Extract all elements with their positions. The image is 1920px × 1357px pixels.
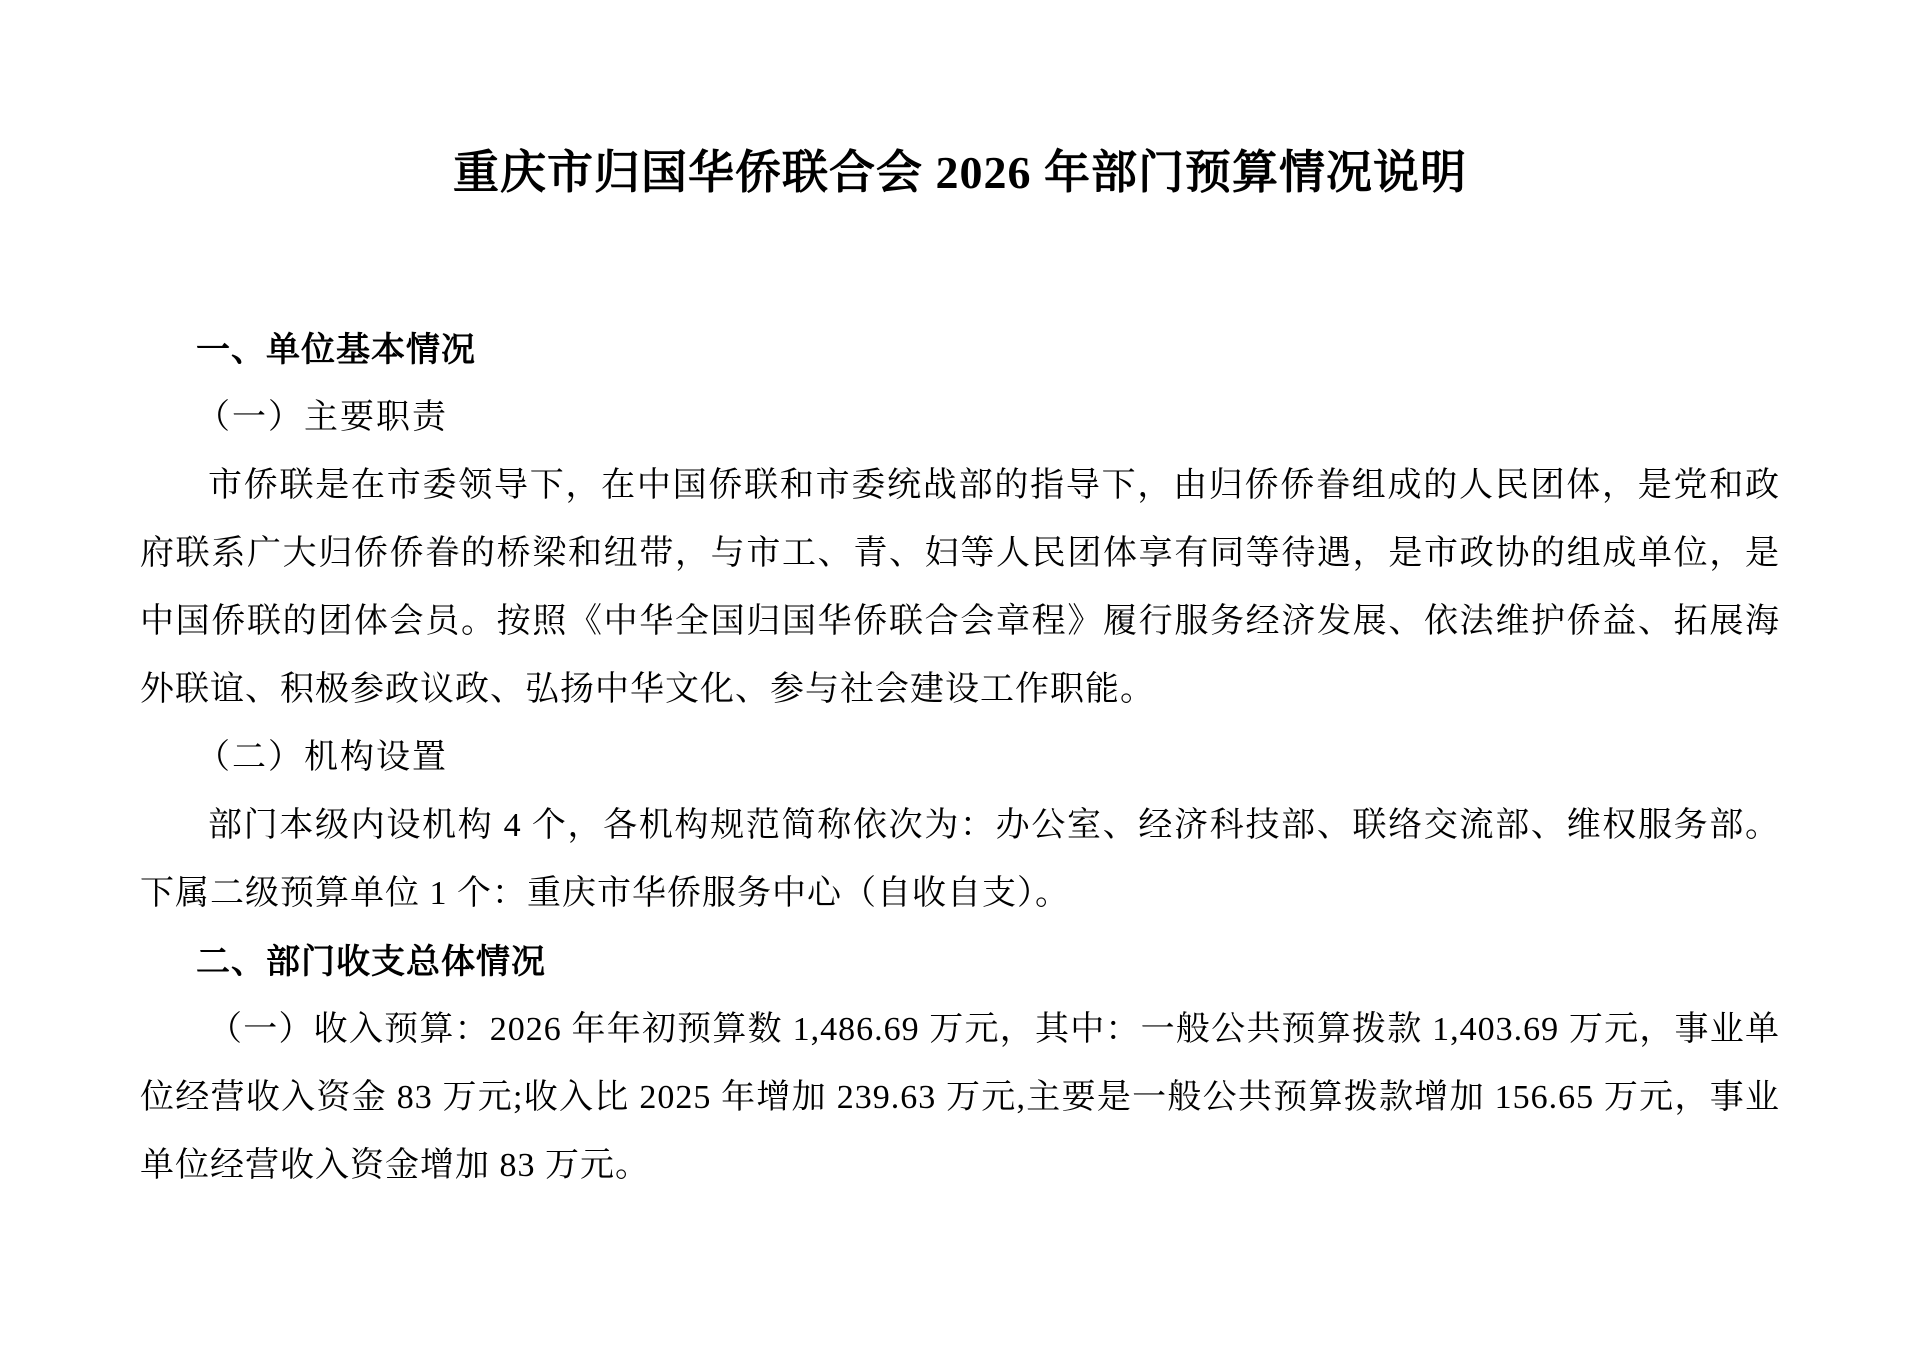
section-heading-basic-info: 一、单位基本情况 xyxy=(140,316,1780,384)
section-heading-budget-overview: 二、部门收支总体情况 xyxy=(140,928,1780,996)
document-body: 一、单位基本情况 （一）主要职责 市侨联是在市委领导下，在中国侨联和市委统战部的… xyxy=(140,316,1780,1200)
subsection-heading-org-structure: （二）机构设置 xyxy=(140,724,1780,792)
subsection-heading-main-duties: （一）主要职责 xyxy=(140,384,1780,452)
paragraph-income-budget: （一）收入预算：2026 年年初预算数 1,486.69 万元，其中：一般公共预… xyxy=(140,996,1780,1200)
document-page: 重庆市归国华侨联合会 2026 年部门预算情况说明 一、单位基本情况 （一）主要… xyxy=(0,0,1920,1357)
paragraph-main-duties: 市侨联是在市委领导下，在中国侨联和市委统战部的指导下，由归侨侨眷组成的人民团体，… xyxy=(140,452,1780,724)
document-title: 重庆市归国华侨联合会 2026 年部门预算情况说明 xyxy=(140,0,1780,204)
paragraph-org-structure: 部门本级内设机构 4 个，各机构规范简称依次为：办公室、经济科技部、联络交流部、… xyxy=(140,792,1780,928)
